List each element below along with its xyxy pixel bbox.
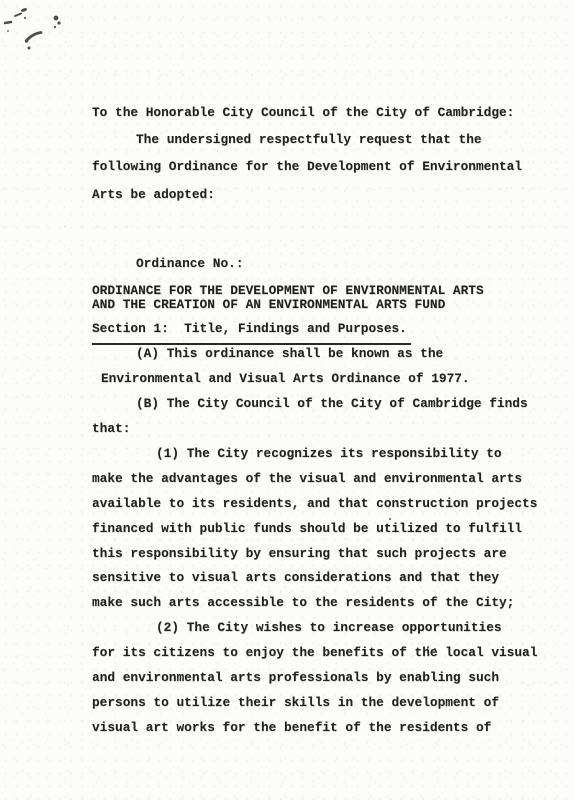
request-line-1: The undersigned respectfully request tha… bbox=[92, 126, 564, 153]
section-1-heading-block: Section 1: Title, Findings and Purposes. bbox=[92, 316, 564, 345]
clause-b-line-1: (B) The City Council of the City of Camb… bbox=[92, 392, 564, 417]
finding-1-line-2: make the advantages of the visual and en… bbox=[92, 467, 564, 492]
salutation-line: To the Honorable City Council of the Cit… bbox=[92, 99, 564, 126]
finding-2-line-1: (2) The City wishes to increase opportun… bbox=[92, 616, 564, 641]
opening-block: To the Honorable City Council of the Cit… bbox=[92, 99, 564, 208]
finding-2-line-5: visual art works for the benefit of the … bbox=[92, 716, 564, 741]
ordinance-title-block: ORDINANCE FOR THE DEVELOPMENT OF ENVIRON… bbox=[92, 284, 564, 314]
clause-a-line-1: (A) This ordinance shall be known as the bbox=[92, 342, 564, 367]
ordinance-title-line-2: AND THE CREATION OF AN ENVIRONMENTAL ART… bbox=[92, 298, 564, 313]
finding-1-line-6: sensitive to visual arts considerations … bbox=[92, 566, 564, 591]
finding-1-line-7: make such arts accessible to the residen… bbox=[92, 591, 564, 616]
finding-1-line-4: financed with public funds should be uti… bbox=[92, 517, 564, 542]
ordinance-number-label: Ordinance No.: bbox=[92, 251, 564, 276]
finding-1-line-3: available to its residents, and that con… bbox=[92, 492, 564, 517]
request-line-2: following Ordinance for the Development … bbox=[92, 153, 564, 180]
scanned-document-page: To the Honorable City Council of the Cit… bbox=[0, 0, 574, 800]
ordinance-number-block: Ordinance No.: bbox=[92, 251, 564, 276]
finding-2-line-2: for its citizens to enjoy the benefits o… bbox=[92, 641, 564, 666]
clause-b-line-2: that: bbox=[92, 417, 564, 442]
finding-1-line-5: this responsibility by ensuring that suc… bbox=[92, 542, 564, 567]
section-1-heading: Section 1: Title, Findings and Purposes. bbox=[92, 316, 411, 345]
finding-1-line-1: (1) The City recognizes its responsibili… bbox=[92, 442, 564, 467]
ordinance-title-line-1: ORDINANCE FOR THE DEVELOPMENT OF ENVIRON… bbox=[92, 284, 564, 299]
ink-smudge-marks bbox=[2, 4, 92, 74]
request-line-3: Arts be adopted: bbox=[92, 181, 564, 208]
finding-2-line-3: and environmental arts professionals by … bbox=[92, 666, 564, 691]
clause-a-line-2: Environmental and Visual Arts Ordinance … bbox=[92, 367, 564, 392]
section-1-body: (A) This ordinance shall be known as the… bbox=[92, 342, 564, 741]
finding-2-line-4: persons to utilize their skills in the d… bbox=[92, 691, 564, 716]
